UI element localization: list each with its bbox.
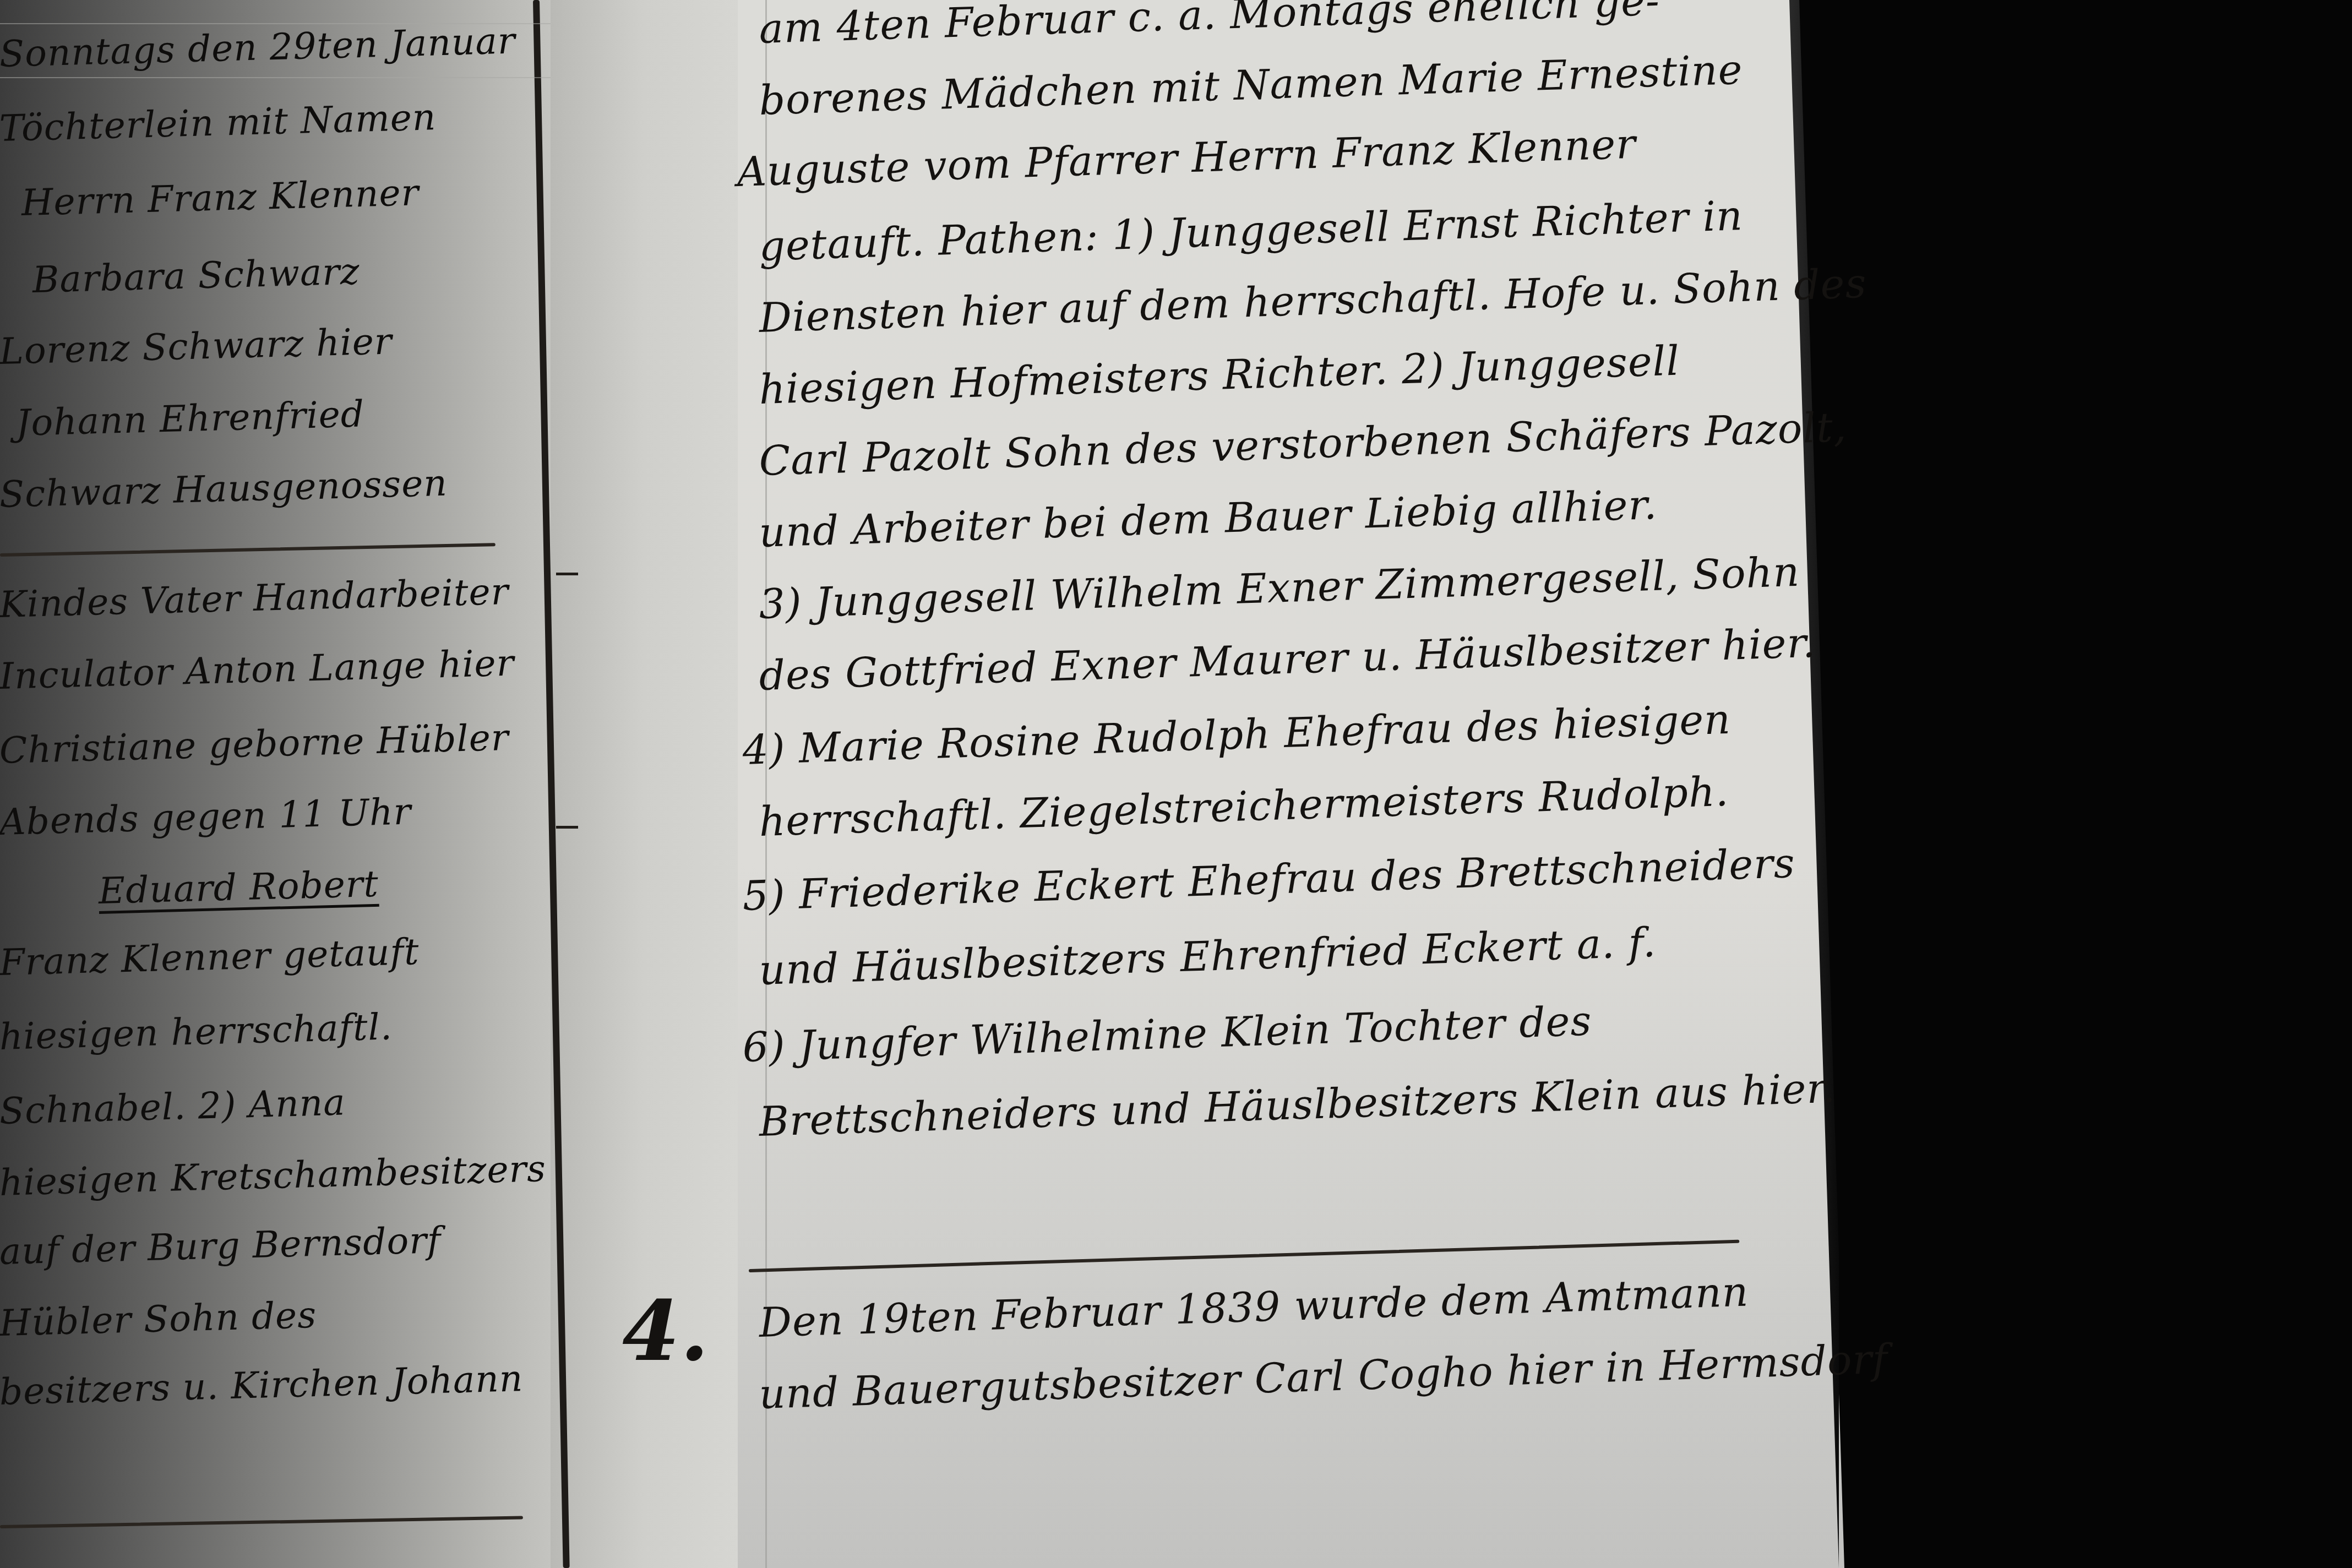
underlined-child-name: Eduard Robert: [98, 863, 379, 912]
register-photograph: Sonntags den 29ten Januar Töchterlein mi…: [0, 0, 2352, 1568]
handwritten-line: Barbara Schwarz: [32, 250, 361, 301]
ruled-line: [0, 77, 551, 78]
margin-tick: [556, 573, 578, 575]
handwritten-line: Hübler Sohn des: [0, 1294, 317, 1344]
margin-tick: [556, 826, 578, 829]
handwritten-line: Schnabel. 2) Anna: [0, 1081, 346, 1133]
entry-number: 4.: [622, 1283, 710, 1380]
